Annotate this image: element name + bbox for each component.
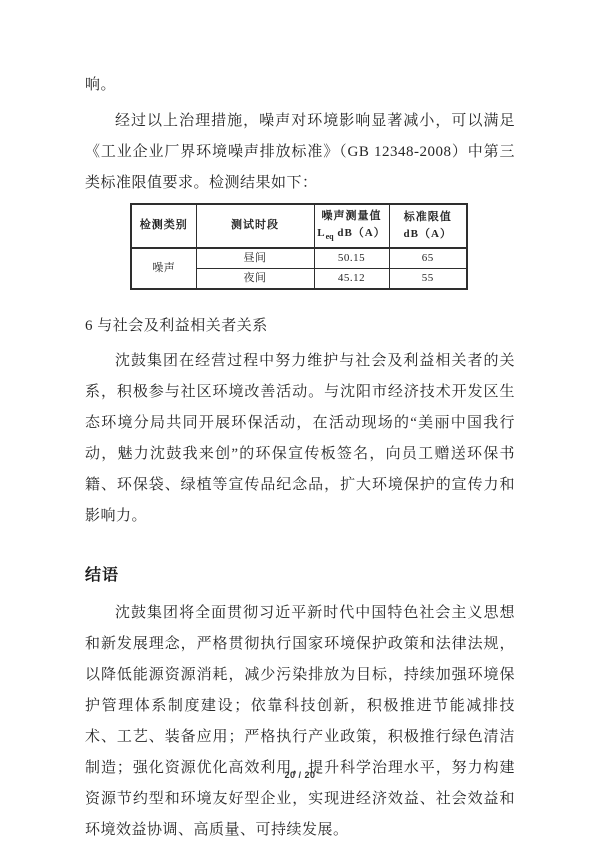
document-page: 响。 经过以上治理措施，噪声对环境影响显著减小，可以满足《工业企业厂界环境噪声排… [0, 0, 600, 848]
table-header-measured-title: 噪声测量值 [322, 210, 382, 222]
cell-limit-day: 65 [389, 248, 467, 269]
leq-subscript: eq [326, 232, 334, 241]
paragraph-continuation: 响。 [85, 70, 515, 101]
paragraph-section-6: 沈鼓集团在经营过程中努力维护与社会及利益相关者的关系，积极参与社区环境改善活动。… [85, 346, 515, 532]
measured-unit: dB（A） [337, 227, 385, 239]
cell-limit-night: 55 [389, 269, 467, 290]
table-header-measured: 噪声测量值 Leq dB（A） [314, 204, 389, 248]
limit-unit: dB（A） [404, 228, 452, 240]
table-header-row: 检测类别 测试时段 噪声测量值 Leq dB（A） 标准限值 dB（A） [131, 204, 467, 248]
conclusion-heading: 结语 [85, 562, 515, 590]
section-6-heading: 6 与社会及利益相关者关系 [85, 314, 515, 338]
cell-category-noise: 噪声 [131, 248, 196, 289]
cell-period-day: 昼间 [196, 248, 314, 269]
cell-measured-night: 45.12 [314, 269, 389, 290]
cell-period-night: 夜间 [196, 269, 314, 290]
page-number: 20 / 20 [0, 770, 600, 780]
table-row: 噪声 昼间 50.15 65 [131, 248, 467, 269]
table-header-period: 测试时段 [196, 204, 314, 248]
table-header-category: 检测类别 [131, 204, 196, 248]
paragraph-noise-treatment: 经过以上治理措施，噪声对环境影响显著减小，可以满足《工业企业厂界环境噪声排放标准… [85, 106, 515, 199]
page-content: 响。 经过以上治理措施，噪声对环境影响显著减小，可以满足《工业企业厂界环境噪声排… [0, 0, 600, 846]
cell-measured-day: 50.15 [314, 248, 389, 269]
noise-results-table: 检测类别 测试时段 噪声测量值 Leq dB（A） 标准限值 dB（A） 噪声 … [130, 203, 468, 290]
table-header-limit-title: 标准限值 [404, 211, 452, 223]
leq-symbol: L [317, 227, 325, 239]
table-header-limit: 标准限值 dB（A） [389, 204, 467, 248]
paragraph-conclusion: 沈鼓集团将全面贯彻习近平新时代中国特色社会主义思想和新发展理念，严格贯彻执行国家… [85, 598, 515, 846]
